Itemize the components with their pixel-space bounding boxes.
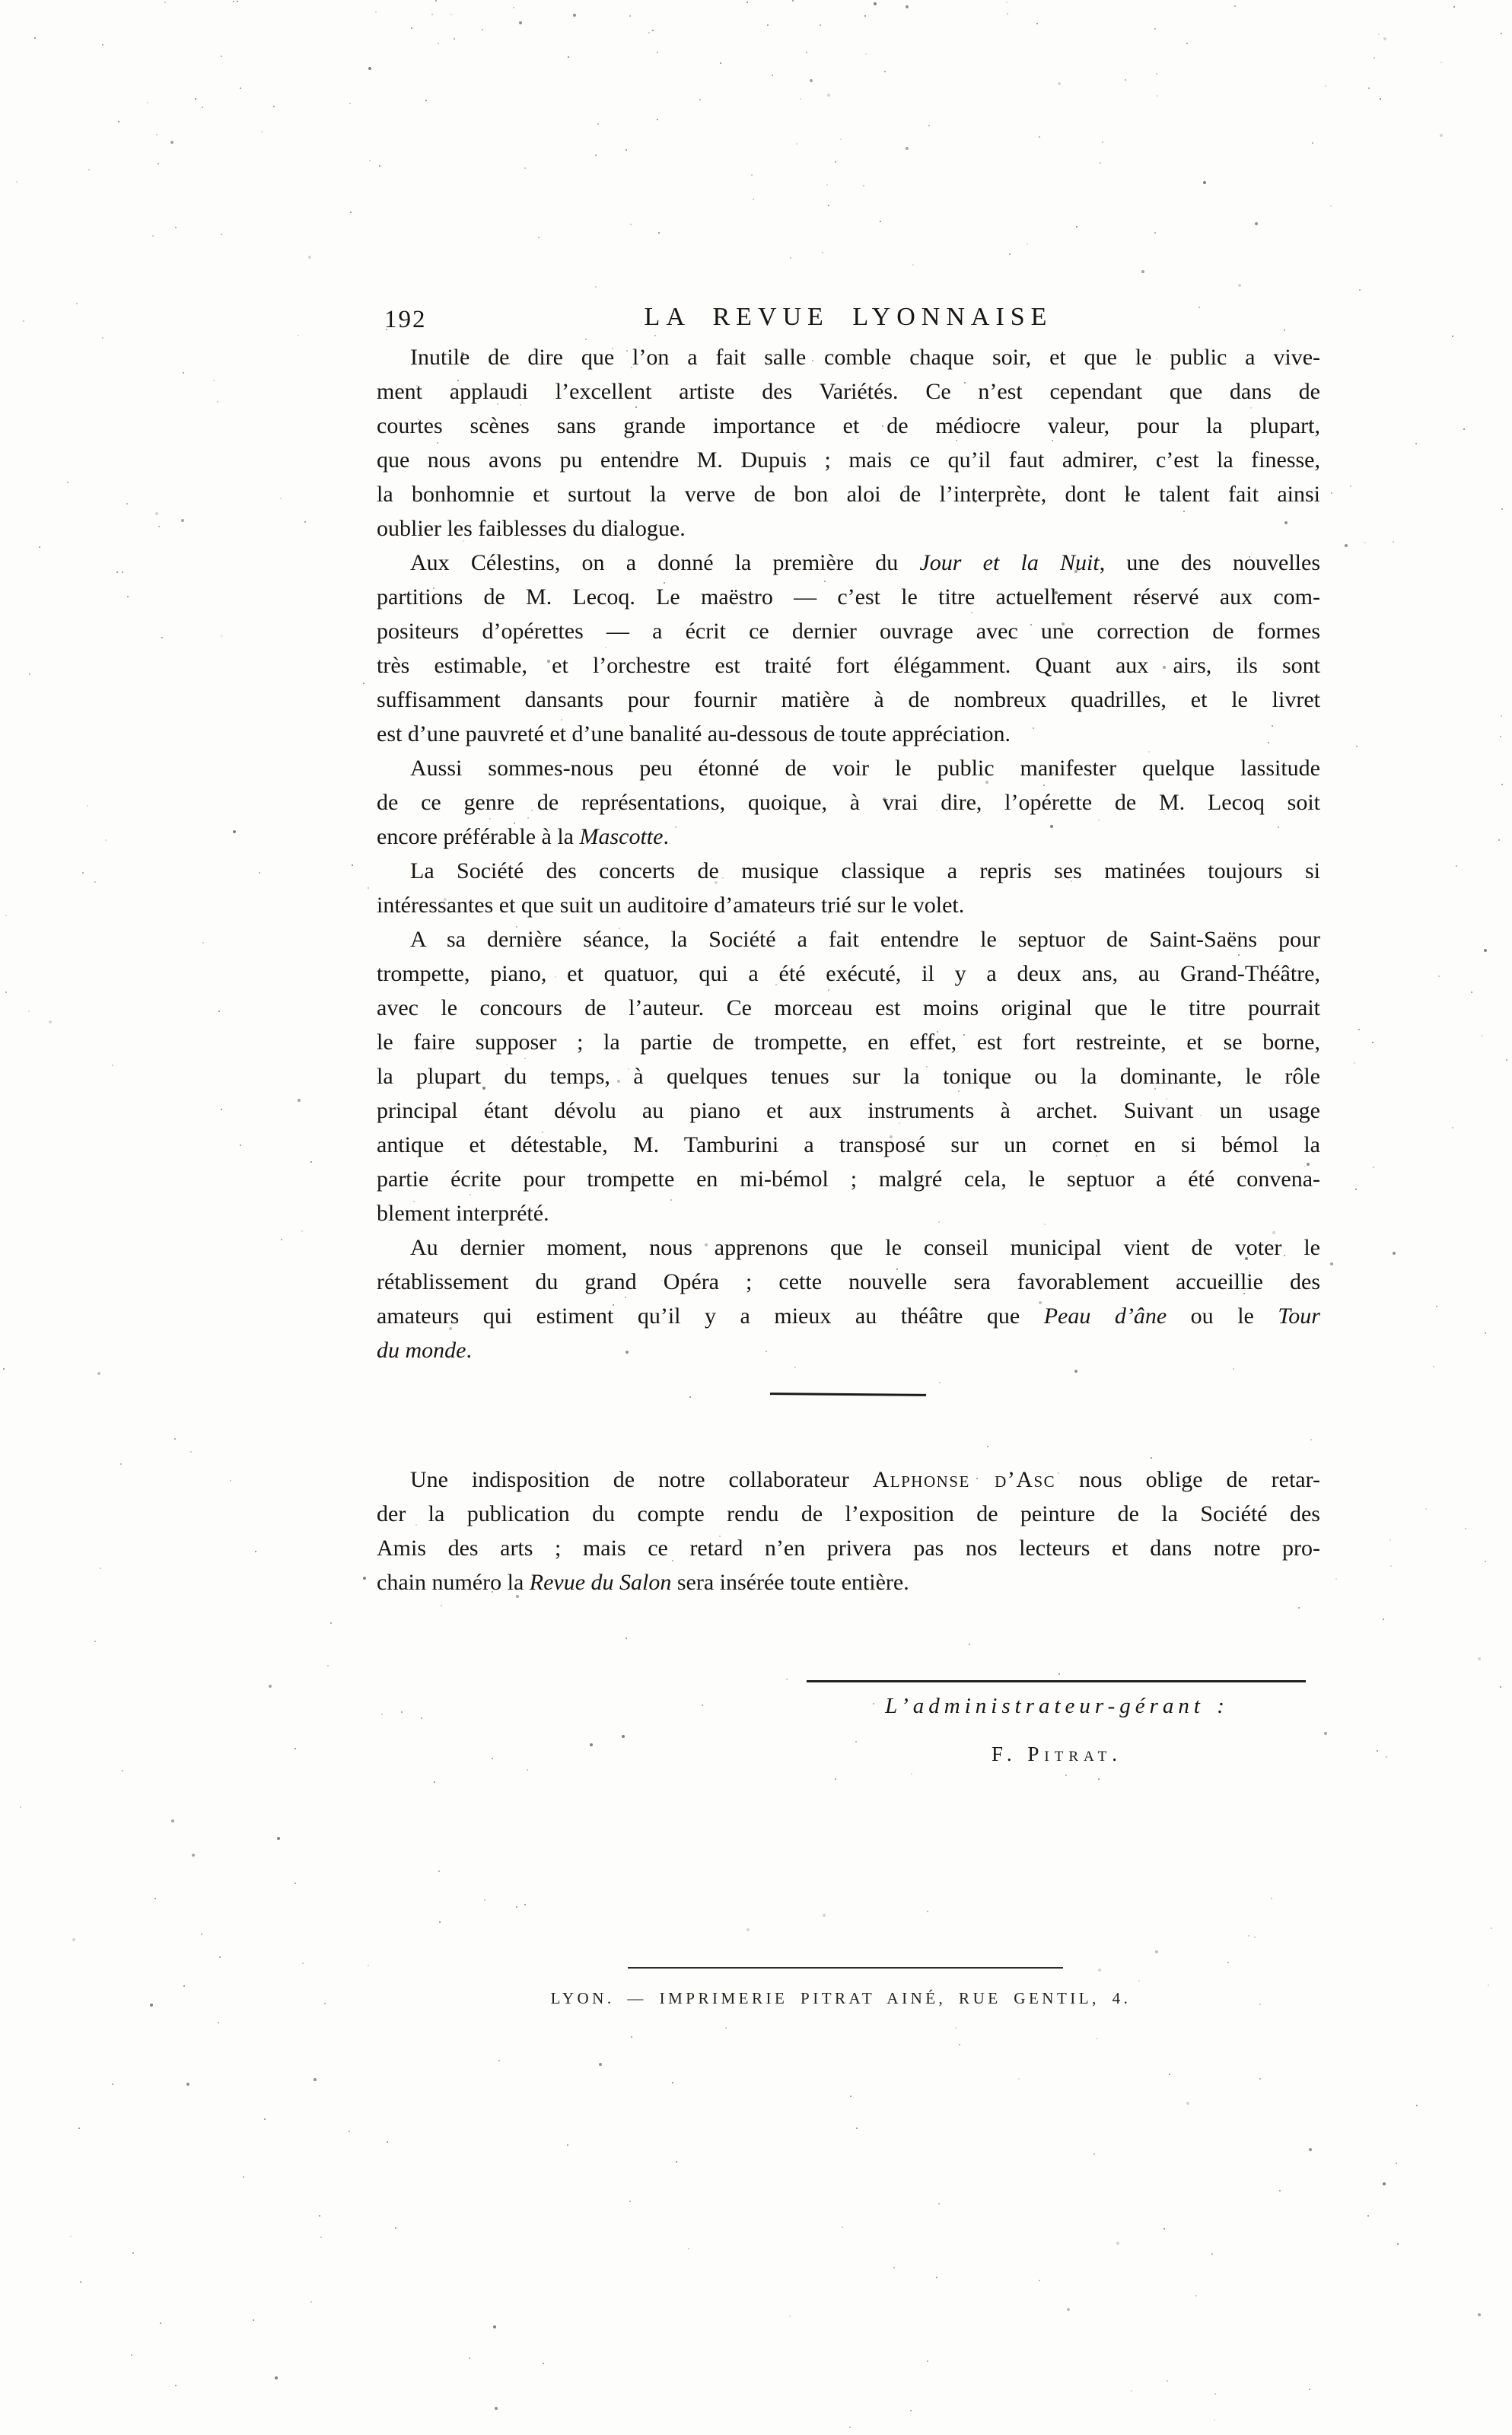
- text-line: positeurs d’opérettes — a écrit ce derni…: [377, 614, 1320, 648]
- text-line: principal étant dévolu au piano et aux i…: [377, 1093, 1320, 1128]
- text-line: chain numéro la Revue du Salon sera insé…: [377, 1565, 1320, 1599]
- section-divider-rule: [770, 1393, 926, 1396]
- text-line: Aux Célestins, on a donné la première du…: [377, 546, 1320, 580]
- editorial-notice: Une indisposition de notre collaborateur…: [377, 1463, 1320, 1599]
- text-line: la plupart du temps, à quelques tenues s…: [377, 1059, 1320, 1093]
- text-line: encore préférable à la Mascotte.: [377, 820, 1320, 854]
- text-line: amateurs qui estiment qu’il y a mieux au…: [377, 1299, 1320, 1333]
- text-line: Une indisposition de notre collaborateur…: [377, 1463, 1320, 1497]
- text-line: rétablissement du grand Opéra ; cette no…: [377, 1265, 1320, 1299]
- text-line: Aussi sommes-nous peu étonné de voir le …: [377, 751, 1320, 785]
- italic-work-title: Jour et la Nuit: [919, 550, 1099, 575]
- italic-work-title: Tour: [1278, 1303, 1320, 1329]
- italic-work-title: Peau d’âne: [1044, 1303, 1167, 1329]
- paragraph: A sa dernière séance, la Société a fait …: [377, 922, 1320, 1230]
- text-line: est d’une pauvreté et d’une banalité au-…: [377, 717, 1320, 751]
- text-line: Amis des arts ; mais ce retard n’en priv…: [377, 1531, 1320, 1565]
- text-line: antique et détestable, M. Tamburini a tr…: [377, 1128, 1320, 1162]
- text-line: intéressantes et que suit un auditoire d…: [377, 888, 1320, 922]
- signature-name: F. Pitrat.: [805, 1743, 1309, 1766]
- text-line: que nous avons pu entendre M. Dupuis ; m…: [377, 443, 1320, 477]
- signature-role: L’administrateur-gérant :: [805, 1694, 1309, 1719]
- italic-work-title: du monde: [377, 1338, 466, 1363]
- text-line: trompette, piano, et quatuor, qui a été …: [377, 956, 1320, 991]
- text-line: La Société des concerts de musique class…: [377, 854, 1320, 888]
- printer-imprint: LYON. — IMPRIMERIE PITRAT AINÉ, RUE GENT…: [453, 1989, 1229, 2008]
- text-line: suffisamment dansants pour fournir matiè…: [377, 683, 1320, 717]
- paragraph: Aux Célestins, on a donné la première du…: [377, 546, 1320, 751]
- text-line: courtes scènes sans grande importance et…: [377, 409, 1320, 443]
- paragraph: Inutile de dire que l’on a fait salle co…: [377, 340, 1320, 546]
- imprint-rule: [628, 1967, 1063, 1969]
- text-line: Inutile de dire que l’on a fait salle co…: [377, 340, 1320, 374]
- scan-noise-specks: [0, 0, 2, 2]
- text-line: la bonhomnie et surtout la verve de bon …: [377, 477, 1320, 511]
- running-header: 192 LA REVUE LYONNAISE: [377, 303, 1320, 339]
- text-line: A sa dernière séance, la Société a fait …: [377, 922, 1320, 956]
- italic-work-title: Revue du Salon: [530, 1570, 672, 1595]
- scanned-page: 192 LA REVUE LYONNAISE Inutile de dire q…: [0, 0, 1512, 2435]
- text-line: partitions de M. Lecoq. Le maëstro — c’e…: [377, 580, 1320, 614]
- text-line: ment applaudi l’excellent artiste des Va…: [377, 374, 1320, 409]
- paragraph: Aussi sommes-nous peu étonné de voir le …: [377, 751, 1320, 854]
- signature-rule: [807, 1680, 1306, 1682]
- text-line: du monde.: [377, 1333, 1320, 1367]
- text-line: avec le concours de l’auteur. Ce morceau…: [377, 991, 1320, 1025]
- italic-work-title: Mascotte: [579, 824, 663, 849]
- text-line: oublier les faiblesses du dialogue.: [377, 511, 1320, 546]
- paragraph: La Société des concerts de musique class…: [377, 854, 1320, 922]
- text-line: der la publication du compte rendu de l’…: [377, 1497, 1320, 1531]
- paragraph: Une indisposition de notre collaborateur…: [377, 1463, 1320, 1599]
- smallcaps-name: Alphonse d’Asc: [873, 1467, 1056, 1492]
- text-line: blement interprété.: [377, 1196, 1320, 1230]
- text-line: de ce genre de représentations, quoique,…: [377, 785, 1320, 820]
- paragraph: Au dernier moment, nous apprenons que le…: [377, 1230, 1320, 1367]
- text-line: partie écrite pour trompette en mi-bémol…: [377, 1162, 1320, 1196]
- text-line: très estimable, et l’orchestre est trait…: [377, 648, 1320, 683]
- page-title: LA REVUE LYONNAISE: [377, 303, 1320, 332]
- text-line: Au dernier moment, nous apprenons que le…: [377, 1230, 1320, 1265]
- text-line: le faire supposer ; la partie de trompet…: [377, 1025, 1320, 1059]
- body-paragraphs: Inutile de dire que l’on a fait salle co…: [377, 340, 1320, 1367]
